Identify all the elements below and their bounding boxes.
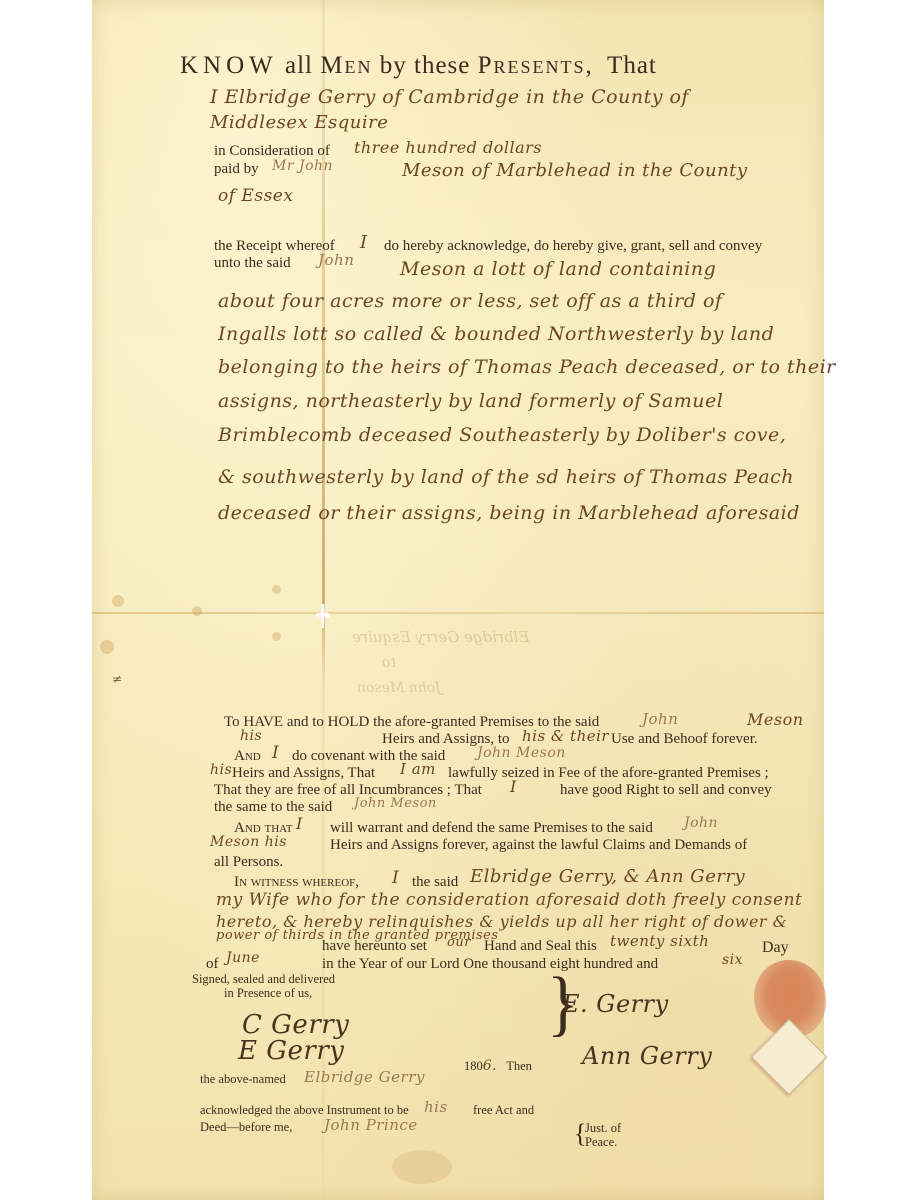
witness-day: twenty sixth: [610, 932, 709, 950]
heading-men: Men: [320, 52, 372, 79]
covenant-his: his: [210, 762, 232, 778]
presence-label: in Presence of us,: [224, 986, 312, 1001]
ack-his: his: [424, 1098, 448, 1116]
warranty-pronoun: I: [296, 814, 303, 833]
deed-before-label: Deed—before me,: [200, 1120, 292, 1135]
witness-clause-line: my Wife who for the consideration afores…: [216, 890, 802, 910]
habendum-grantee: John: [642, 710, 678, 728]
bleed-through-text: John Meson: [357, 680, 441, 696]
signed-sealed-label: Signed, sealed and delivered: [192, 972, 335, 987]
heading-by-these: by these: [380, 52, 471, 79]
spouse-signature: Ann Gerry: [582, 1042, 712, 1070]
heading-know: KNOW: [180, 52, 278, 79]
witness-our: our: [447, 935, 471, 950]
covenant-pronoun: I: [272, 743, 279, 763]
witness-text: of: [206, 956, 219, 973]
payer-county: of Essex: [218, 186, 293, 206]
warranty-text: will warrant and defend the same Premise…: [330, 820, 653, 837]
covenant-text: the same to the said: [214, 799, 332, 816]
above-named-value: Elbridge Gerry: [304, 1068, 425, 1086]
land-description-line: deceased or their assigns, being in Marb…: [218, 502, 800, 524]
stain: [272, 632, 281, 641]
witness-month: June: [226, 950, 260, 966]
receipt-text: do hereby acknowledge, do hereby give, g…: [384, 238, 762, 255]
consideration-amount: three hundred dollars: [354, 138, 542, 157]
above-named-label: the above-named: [200, 1072, 286, 1087]
land-description-line: assigns, northeasterly by land formerly …: [218, 390, 723, 412]
land-description-line: about four acres more or less, set off a…: [218, 290, 722, 312]
witness-year-text: in the Year of our Lord One thousand eig…: [322, 956, 658, 973]
covenant-text: Heirs and Assigns, That: [232, 765, 375, 782]
grantor-line: I Elbridge Gerry of Cambridge in the Cou…: [210, 86, 689, 108]
stain: [192, 606, 202, 616]
habendum-grantee: Meson: [747, 710, 804, 729]
covenant-and: And: [234, 748, 261, 765]
covenant-grantee: John Meson: [354, 796, 437, 811]
ack-year: 1806. Then: [464, 1058, 532, 1074]
ack-then: Then: [506, 1059, 532, 1073]
stain: [272, 585, 281, 594]
warranty-text: Heirs and Assigns forever, against the l…: [330, 837, 747, 854]
witness-signature: E Gerry: [238, 1036, 344, 1066]
stain: [392, 1150, 452, 1184]
witness-parties: Elbridge Gerry, & Ann Gerry: [470, 866, 745, 887]
receipt-label: the Receipt whereof: [214, 238, 335, 255]
witness-text: the said: [412, 874, 458, 891]
document-heading: KNOW all Men by these Presents, That: [180, 52, 657, 80]
land-description-line: Brimblecomb deceased Southeasterly by Do…: [218, 424, 786, 446]
grantee-first-name: John: [318, 251, 354, 269]
grantor-line: Middlesex Esquire: [210, 112, 388, 133]
habendum-text: Use and Behoof forever.: [611, 731, 758, 748]
paid-by-label: paid by: [214, 161, 259, 178]
covenant-grantee: John Meson: [477, 745, 566, 761]
witness-pronoun: I: [392, 868, 399, 888]
warranty-text: all Persons.: [214, 854, 283, 871]
covenant-text: have good Right to sell and convey: [560, 782, 772, 799]
bleed-through-text: to: [382, 655, 396, 671]
witness-year-value: six: [722, 952, 743, 968]
covenant-i-am: I am: [400, 760, 436, 778]
warranty-grantee: John: [684, 815, 718, 831]
unto-label: unto the said: [214, 255, 291, 272]
covenant-pronoun: I: [510, 777, 517, 796]
fold-hole: [316, 604, 330, 628]
justice-name: John Prince: [324, 1116, 418, 1134]
habendum-his-their: his & their: [522, 727, 609, 745]
payer-residence: Meson of Marblehead in the County: [402, 160, 748, 181]
land-description-line: & southwesterly by land of the sd heirs …: [218, 466, 794, 488]
stain: [112, 595, 124, 607]
ack-text: free Act and: [473, 1103, 534, 1118]
justice-title: Peace.: [585, 1135, 617, 1150]
payer-name: Mr John: [272, 158, 333, 174]
land-description-line: Ingalls lott so called & bounded Northwe…: [218, 323, 774, 345]
land-description-line: belonging to the heirs of Thomas Peach d…: [218, 356, 836, 378]
covenant-text: lawfully seized in Fee of the afore-gran…: [448, 765, 769, 782]
grantor-signature: E. Gerry: [562, 990, 669, 1018]
witness-whereof: In witness whereof,: [234, 874, 359, 891]
stain: [100, 640, 114, 654]
witness-text: Day: [762, 939, 789, 957]
heading-that: That: [607, 52, 657, 79]
warranty-grantee-his: Meson his: [210, 834, 287, 850]
witness-text: Hand and Seal this: [484, 938, 597, 955]
covenant-text: That they are free of all Incumbrances ;…: [214, 782, 482, 799]
ack-year-hand: 6.: [483, 1058, 497, 1074]
bleed-through-text: Elbridge Gerry Esquire: [352, 628, 529, 646]
heading-all: all: [285, 52, 313, 79]
justice-title: Just. of: [585, 1121, 621, 1136]
ack-year-print: 180: [464, 1059, 483, 1073]
deed-document: Elbridge Gerry Esquire to John Meson KNO…: [92, 0, 824, 1200]
receipt-pronoun: I: [360, 232, 368, 253]
margin-mark: ≠: [112, 672, 123, 686]
grantee-land-start: Meson a lott of land containing: [400, 258, 716, 280]
witness-text: have hereunto set: [322, 938, 427, 955]
habendum-his: his: [240, 728, 262, 744]
heading-presents: Presents,: [478, 52, 594, 79]
witness-year-label: in the Year of our Lord One thousand eig…: [322, 956, 658, 972]
